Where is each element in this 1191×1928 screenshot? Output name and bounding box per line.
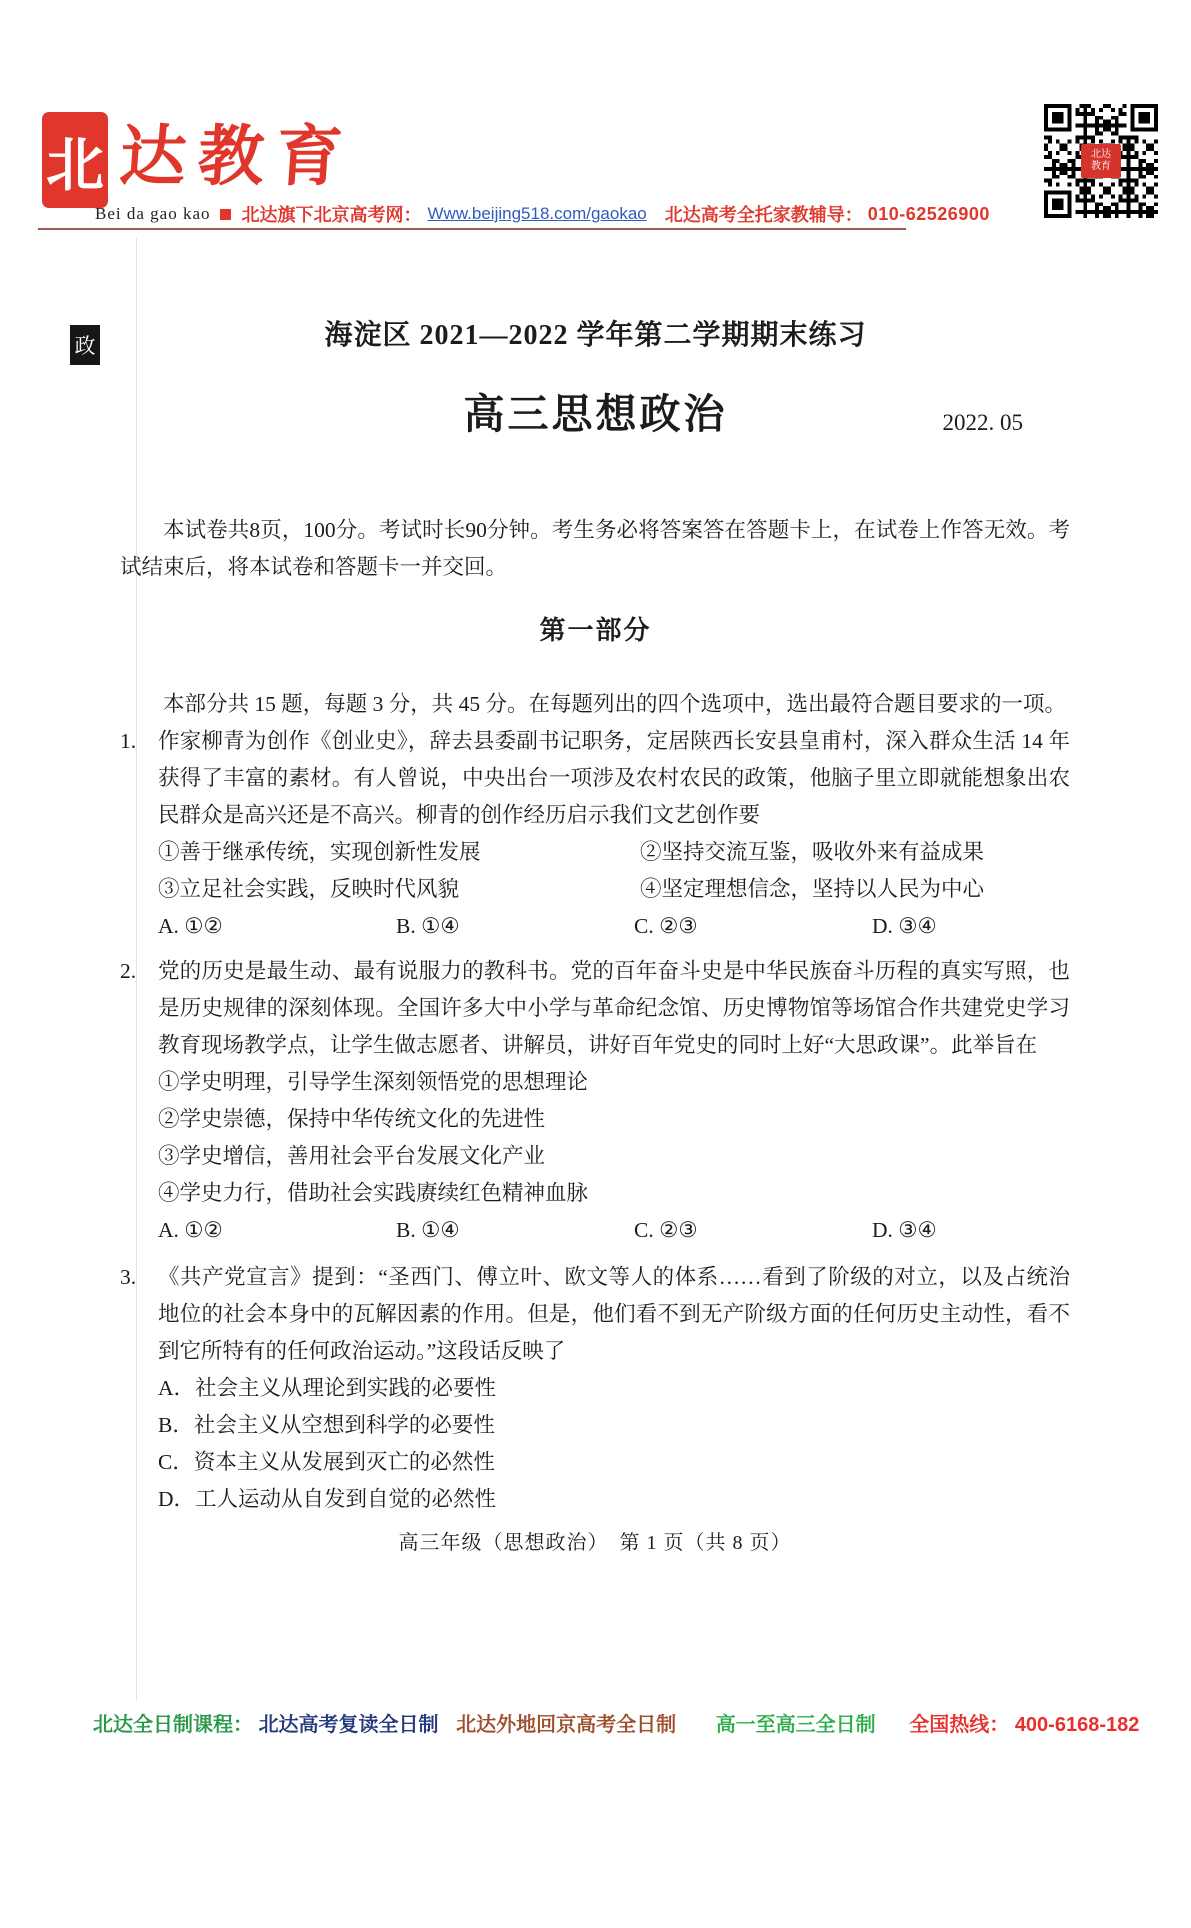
- choice-item: A. ①②: [158, 1212, 396, 1249]
- option-item: ③学史增信，善用社会平台发展文化产业: [158, 1138, 1070, 1175]
- qr-label-line2: 教育: [1091, 161, 1111, 174]
- option-item: ②学史崇德，保持中华传统文化的先进性: [158, 1101, 1070, 1138]
- site-label: 北达旗下北京高考网：: [242, 201, 422, 227]
- option-item: D．工人运动从自发到自觉的必然性: [158, 1481, 1070, 1518]
- choice-item: D. ③④: [872, 1212, 937, 1249]
- question-stem: 党的历史是最生动、最有说服力的教科书。党的百年奋斗史是中华民族奋斗历程的真实写照…: [158, 953, 1070, 1064]
- exam-page: 北 达教育 Bei da gao kao 北达旗下北京高考网： Www.beij…: [0, 0, 1191, 1928]
- choice-item: C. ②③: [634, 1212, 872, 1249]
- page-footer: 高三年级（思想政治） 第 1 页（共 8 页）: [120, 1526, 1070, 1555]
- promo-hotline-number: 400-6168-182: [1015, 1714, 1140, 1736]
- qr-label-line1: 北达: [1091, 149, 1111, 162]
- logo-seal-char: 北: [46, 118, 104, 202]
- choice-item: A. ①②: [158, 908, 396, 945]
- exam-instructions: 本试卷共8页，100分。考试时长90分钟。考生务必将答案答在答题卡上，在试卷上作…: [120, 512, 1070, 586]
- question-3: 3. 《共产党宣言》提到：“圣西门、傅立叶、欧文等人的体系……看到了阶级的对立，…: [120, 1259, 1070, 1518]
- option-item: ①学史明理，引导学生深刻领悟党的思想理论: [158, 1064, 1070, 1101]
- answer-choices: A. ①② B. ①④ C. ②③ D. ③④: [158, 908, 1070, 945]
- question-options: A．社会主义从理论到实践的必要性 B．社会主义从空想到科学的必要性 C．资本主义…: [158, 1370, 1070, 1518]
- tutor-label: 北达高考全托家教辅导：: [665, 201, 863, 227]
- page-title: 海淀区 2021—2022 学年第二学期期末练习: [0, 318, 1191, 354]
- choice-item: B. ①④: [396, 908, 634, 945]
- option-item: ①善于继承传统，实现创新性发展: [158, 834, 640, 871]
- tutor-phone: 010-62526900: [868, 204, 990, 225]
- choice-item: B. ①④: [396, 1212, 634, 1249]
- logo-seal: 北: [42, 112, 108, 208]
- question-options: ①善于继承传统，实现创新性发展 ②坚持交流互鉴，吸收外来有益成果 ③立足社会实践…: [158, 834, 1070, 908]
- promo-course-2: 北达外地回京高考全日制: [456, 1714, 676, 1736]
- question-1: 1. 作家柳青为创作《创业史》，辞去县委副书记职务，定居陕西长安县皇甫村，深入群…: [120, 723, 1070, 945]
- part-one-note: 本部分共 15 题，每题 3 分，共 45 分。在每题列出的四个选项中，选出最符…: [120, 686, 1070, 723]
- tagline: Bei da gao kao 北达旗下北京高考网： Www.beijing518…: [95, 201, 990, 227]
- question-body: 作家柳青为创作《创业史》，辞去县委副书记职务，定居陕西长安县皇甫村，深入群众生活…: [158, 723, 1070, 945]
- question-2: 2. 党的历史是最生动、最有说服力的教科书。党的百年奋斗史是中华民族奋斗历程的真…: [120, 953, 1070, 1249]
- question-body: 党的历史是最生动、最有说服力的教科书。党的百年奋斗史是中华民族奋斗历程的真实写照…: [158, 953, 1070, 1249]
- qr-code: 北达 教育: [1044, 104, 1158, 218]
- subject-title: 高三思想政治: [464, 390, 728, 439]
- red-square-icon: [220, 209, 231, 220]
- promo-hotline-label: 全国热线：: [909, 1714, 1009, 1736]
- choice-item: C. ②③: [634, 908, 872, 945]
- promo-course-label: 北达全日制课程：: [93, 1714, 253, 1736]
- question-stem: 《共产党宣言》提到：“圣西门、傅立叶、欧文等人的体系……看到了阶级的对立，以及占…: [158, 1259, 1070, 1370]
- question-options: ①学史明理，引导学生深刻领悟党的思想理论 ②学史崇德，保持中华传统文化的先进性 …: [158, 1064, 1070, 1212]
- option-item: ②坚持交流互鉴，吸收外来有益成果: [640, 834, 1070, 871]
- promo-bar: 北达全日制课程： 北达高考复读全日制 北达外地回京高考全日制 高一至高三全日制 …: [93, 1708, 1139, 1737]
- promo-course-1: 北达高考复读全日制: [259, 1714, 439, 1736]
- part-one-heading: 第一部分: [0, 614, 1191, 648]
- question-number: 2.: [120, 953, 158, 1249]
- site-link[interactable]: Www.beijing518.com/gaokao: [428, 204, 647, 224]
- choice-item: D. ③④: [872, 908, 937, 945]
- option-item: B．社会主义从空想到科学的必要性: [158, 1407, 1070, 1444]
- brand-logo-text: 达教育: [117, 112, 357, 204]
- subject-row: 高三思想政治 2022. 05: [0, 390, 1191, 439]
- qr-center-label: 北达 教育: [1081, 144, 1121, 178]
- exam-date: 2022. 05: [943, 410, 1024, 436]
- question-body: 《共产党宣言》提到：“圣西门、傅立叶、欧文等人的体系……看到了阶级的对立，以及占…: [158, 1259, 1070, 1518]
- option-item: ④学史力行，借助社会实践赓续红色精神血脉: [158, 1175, 1070, 1212]
- option-item: C．资本主义从发展到灭亡的必然性: [158, 1444, 1070, 1481]
- pinyin-text: Bei da gao kao: [95, 204, 211, 224]
- question-number: 3.: [120, 1259, 158, 1518]
- exam-document: 海淀区 2021—2022 学年第二学期期末练习 高三思想政治 2022. 05…: [0, 300, 1191, 1555]
- option-item: ④坚定理想信念，坚持以人民为中心: [640, 871, 1070, 908]
- option-item: ③立足社会实践，反映时代风貌: [158, 871, 640, 908]
- question-stem: 作家柳青为创作《创业史》，辞去县委副书记职务，定居陕西长安县皇甫村，深入群众生活…: [158, 723, 1070, 834]
- answer-choices: A. ①② B. ①④ C. ②③ D. ③④: [158, 1212, 1070, 1249]
- header-rule: [38, 228, 906, 230]
- promo-course-3: 高一至高三全日制: [716, 1714, 876, 1736]
- question-number: 1.: [120, 723, 158, 945]
- option-item: A．社会主义从理论到实践的必要性: [158, 1370, 1070, 1407]
